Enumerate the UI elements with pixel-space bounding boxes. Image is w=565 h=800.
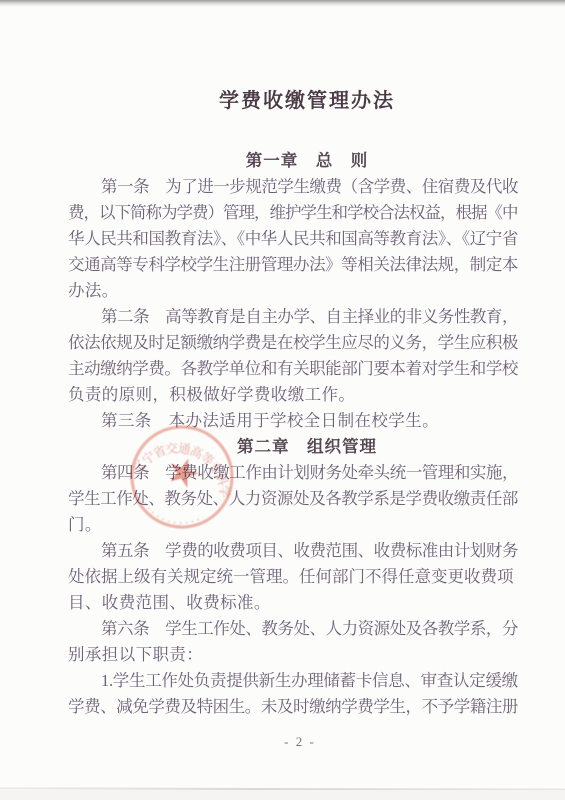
- text-line: 学费、减免学费及特困生。未及时缴纳学费学生，不予学籍注册: [68, 694, 518, 720]
- text-line: 第二条 高等教育是自主办学、自主择业的非义务性教育，: [68, 304, 518, 330]
- text-line: 第五条 学费的收费项目、收费范围、收费标准由计划财务: [68, 538, 518, 564]
- document-body: 学费收缴管理办法 第一章 总 则第一条 为了进一步规范学生缴费（含学费、住宿费及…: [68, 0, 518, 750]
- scan-bottom-margin: [0, 790, 565, 800]
- document-text: 第一章 总 则第一条 为了进一步规范学生缴费（含学费、住宿费及代收费，以下简称为…: [68, 148, 518, 720]
- chapter-heading: 第二章 组织管理: [68, 434, 518, 460]
- scanned-document-page: 学费收缴管理办法 第一章 总 则第一条 为了进一步规范学生缴费（含学费、住宿费及…: [0, 0, 565, 800]
- text-line: 依法依规及时足额缴纳学费是在校学生应尽的义务，学生应积极: [68, 330, 518, 356]
- text-line: 目、收费范围、收费标准。: [68, 590, 518, 616]
- text-line: 主动缴纳学费。各教学单位和有关职能部门要本着对学生和学校: [68, 356, 518, 382]
- text-line: 第一条 为了进一步规范学生缴费（含学费、住宿费及代收: [68, 174, 518, 200]
- text-line: 学生工作处、教务处、人力资源处及各教学系是学费收缴责任部: [68, 486, 518, 512]
- text-line: 第六条 学生工作处、教务处、人力资源处及各教学系，分: [68, 616, 518, 642]
- text-line: 办法。: [68, 278, 518, 304]
- text-line: 负责的原则，积极做好学费收缴工作。: [68, 382, 518, 408]
- chapter-heading: 第一章 总 则: [68, 148, 518, 174]
- text-line: 费，以下简称为学费）管理，维护学生和学校合法权益，根据《中: [68, 200, 518, 226]
- text-line: 第四条 学费收缴工作由计划财务处牵头统一管理和实施，: [68, 460, 518, 486]
- text-line: 门。: [68, 512, 518, 538]
- text-line: 第三条 本办法适用于学校全日制在校学生。: [68, 408, 518, 434]
- text-line: 别承担以下职责：: [68, 642, 518, 668]
- text-line: 交通高等专科学校学生注册管理办法》等相关法律法规，制定本: [68, 252, 518, 278]
- text-line: 处依据上级有关规定统一管理。任何部门不得任意变更收费项: [68, 564, 518, 590]
- text-line: 华人民共和国教育法》、《中华人民共和国高等教育法》、《辽宁省: [68, 226, 518, 252]
- text-line: 1.学生工作处负责提供新生办理储蓄卡信息、审查认定缓缴: [68, 668, 518, 694]
- page-number: - 2 -: [68, 734, 518, 750]
- document-title: 学费收缴管理办法: [68, 88, 518, 114]
